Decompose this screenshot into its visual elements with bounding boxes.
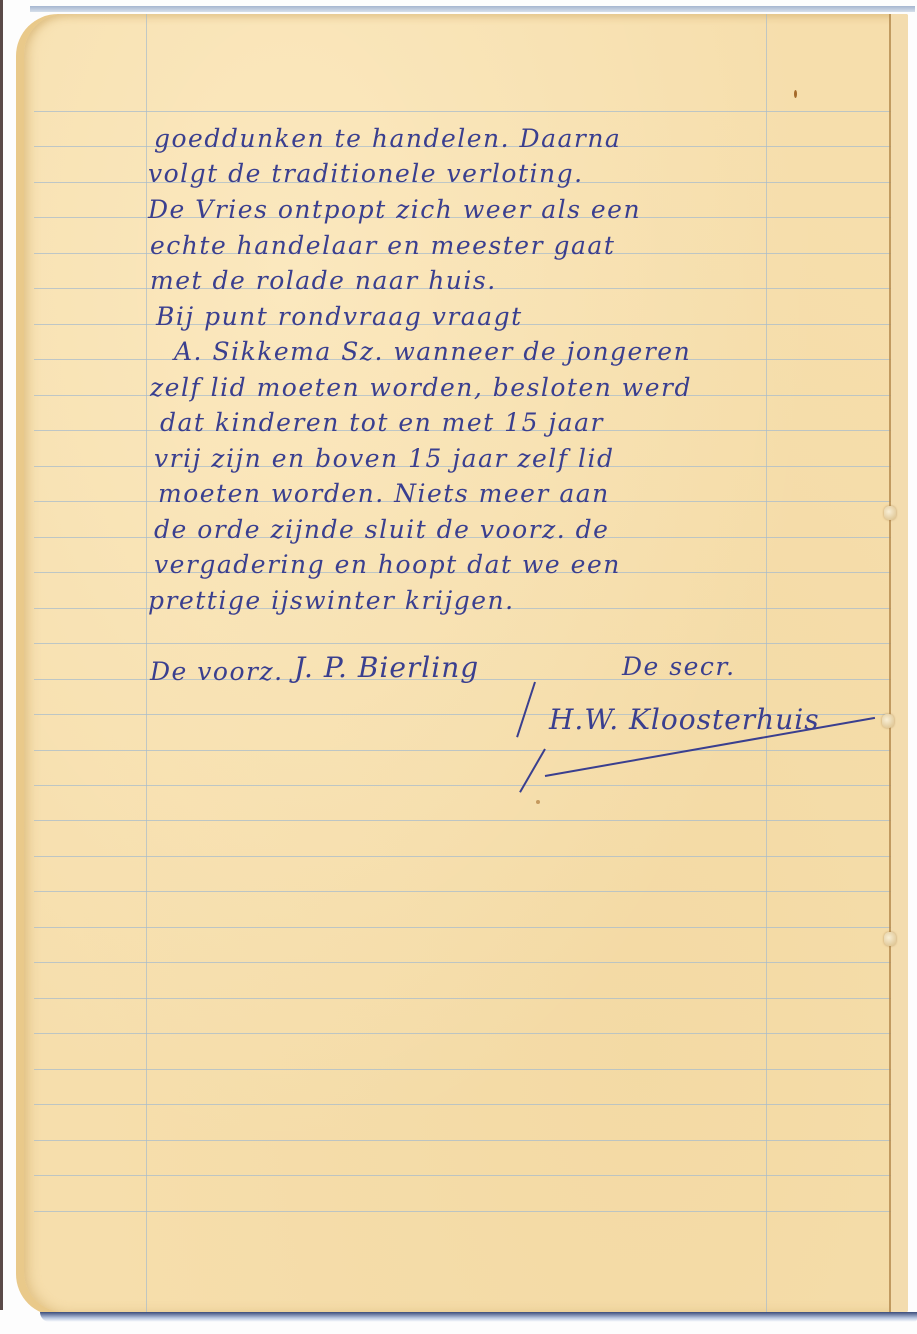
paper-stain <box>794 90 797 98</box>
handwritten-line-11: moeten worden. Niets meer aan <box>158 481 610 506</box>
binding-thread-knot <box>882 714 894 728</box>
ruled-line <box>34 1140 904 1141</box>
binding-thread-knot <box>884 932 896 946</box>
ruled-line <box>34 750 904 751</box>
binding-strip <box>891 14 908 1312</box>
ruled-line <box>34 856 904 857</box>
right-margin-line <box>766 14 767 1312</box>
ruled-line <box>34 111 904 112</box>
chair-signature: J. P. Bierling <box>294 654 479 682</box>
handwritten-line-5: met de rolade naar huis. <box>150 268 497 293</box>
bottom-edge-shadow <box>40 1312 917 1322</box>
ruled-line <box>34 1033 904 1034</box>
handwritten-line-3: De Vries ontpopt zich weer als een <box>148 197 641 222</box>
secretary-label: De secr. <box>622 654 736 679</box>
secretary-signature: H.W. Kloosterhuis <box>549 706 820 734</box>
binding-thread-knot <box>884 506 896 520</box>
signature-flourish <box>519 749 546 793</box>
handwritten-line-8: zelf lid moeten worden, besloten werd <box>150 375 692 400</box>
handwritten-line-4: echte handelaar en meester gaat <box>150 233 615 258</box>
ruled-line <box>34 1211 904 1212</box>
ruled-line <box>34 1175 904 1176</box>
handwritten-line-13: vergadering en hoopt dat we een <box>154 552 621 577</box>
ruled-line <box>34 927 904 928</box>
ruled-line <box>34 643 904 644</box>
signature-flourish <box>516 682 536 738</box>
scanner-edge <box>0 0 3 1310</box>
ruled-line <box>34 785 904 786</box>
ruled-line <box>34 1069 904 1070</box>
handwritten-line-7: A. Sikkema Sz. wanneer de jongeren <box>174 339 691 364</box>
ruled-line <box>34 962 904 963</box>
ruled-line <box>34 820 904 821</box>
chair-label: De voorz. <box>150 659 284 684</box>
left-margin-line <box>146 14 147 1312</box>
handwritten-line-14: prettige ijswinter krijgen. <box>148 588 515 613</box>
handwritten-line-1: goeddunken te handelen. Daarna <box>154 126 621 151</box>
paper-stain <box>536 800 540 804</box>
top-edge-shadow <box>30 6 915 12</box>
handwritten-line-12: de orde zijnde sluit de voorz. de <box>154 517 609 542</box>
ruled-line <box>34 891 904 892</box>
ruled-line <box>34 1104 904 1105</box>
handwritten-line-10: vrij zijn en boven 15 jaar zelf lid <box>154 446 614 471</box>
handwritten-line-6: Bij punt rondvraag vraagt <box>156 304 523 329</box>
handwritten-line-9: dat kinderen tot en met 15 jaar <box>160 410 604 435</box>
binding-fold <box>889 14 891 1312</box>
handwritten-line-2: volgt de traditionele verloting. <box>148 161 584 186</box>
notebook-page: goeddunken te handelen. Daarna volgt de … <box>24 14 908 1312</box>
ruled-line <box>34 998 904 999</box>
scanned-notebook-page: goeddunken te handelen. Daarna volgt de … <box>0 0 917 1334</box>
